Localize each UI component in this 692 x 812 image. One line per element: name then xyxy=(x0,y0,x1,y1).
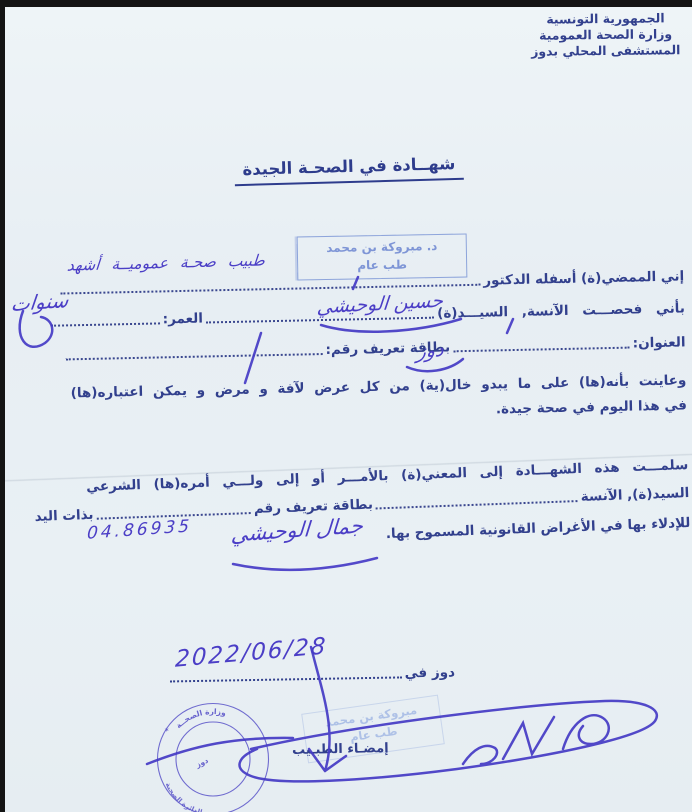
date-label: دوز في xyxy=(405,664,456,681)
letterhead: الجمهورية التونسية وزارة الصحة العمومية … xyxy=(531,10,681,60)
recipient-name-flourish xyxy=(233,558,377,570)
dotted-line xyxy=(51,322,160,326)
signature-sweep xyxy=(147,738,293,764)
stamp-star-icon: ✶ xyxy=(164,726,169,734)
svg-text:وزارة الصحــة: وزارة الصحــة xyxy=(174,707,227,730)
health-paragraph-line2: في هذا اليوم في صحة جيدة. xyxy=(8,397,692,427)
doctor-stamp-specialty: طب عام xyxy=(298,255,466,276)
stamp-center-text: دوز xyxy=(193,756,209,770)
handwriting-doctor-title: طبيب صحـة عموميــة أشهد xyxy=(66,251,265,274)
certificate-title: شهــادة في الصحـة الجيدة xyxy=(234,154,464,186)
examined-prefix-label: بأني فحصـــت الآنسة, السيـــد(ة) xyxy=(437,300,685,321)
letterhead-hospital: المستشفى المحلي بدوز xyxy=(531,42,680,60)
stamp-bottom-arc-text: الدائرة الصحية xyxy=(164,781,203,812)
signature-label: إمضـاء الطبـيب xyxy=(292,741,389,758)
handwriting-age: سنوات xyxy=(10,288,70,316)
dotted-line xyxy=(453,347,630,353)
dotted-line xyxy=(376,500,578,509)
by-hand-label: بذات اليد xyxy=(34,507,93,525)
health-paragraph-line1: وعاينت بأنه(ها) على ما يبدو خال(ية) من ك… xyxy=(7,372,692,402)
address-label: العنوان: xyxy=(633,334,686,351)
undersigned-label: إني الممضي(ة) أسفله الدكتور xyxy=(483,268,684,288)
stamp-inner-circle xyxy=(176,722,250,796)
dotted-line xyxy=(66,353,323,360)
stamp-outer-circle xyxy=(158,704,269,812)
address-row: العنوان: بطاقة تعريف رقم: xyxy=(7,334,692,364)
signature-scribble xyxy=(463,715,609,764)
stamp-top-arc-text: وزارة الصحــة xyxy=(174,707,227,730)
svg-text:الدائرة الصحية: الدائرة الصحية xyxy=(164,781,203,812)
recipient-prefix-label: السيد(ة), الآنسة xyxy=(580,485,689,505)
dotted-line xyxy=(170,676,402,682)
age-label: العمر: xyxy=(163,311,203,328)
document-page: الجمهورية التونسية وزارة الصحة العمومية … xyxy=(5,7,692,812)
letterhead-republic: الجمهورية التونسية xyxy=(531,10,680,28)
handwriting-address: دوز xyxy=(416,338,445,363)
scanned-medical-certificate: { "colors": { "paper": "#e8eff4", "ink_p… xyxy=(0,0,692,812)
letterhead-ministry: وزارة الصحة العمومية xyxy=(531,26,680,44)
